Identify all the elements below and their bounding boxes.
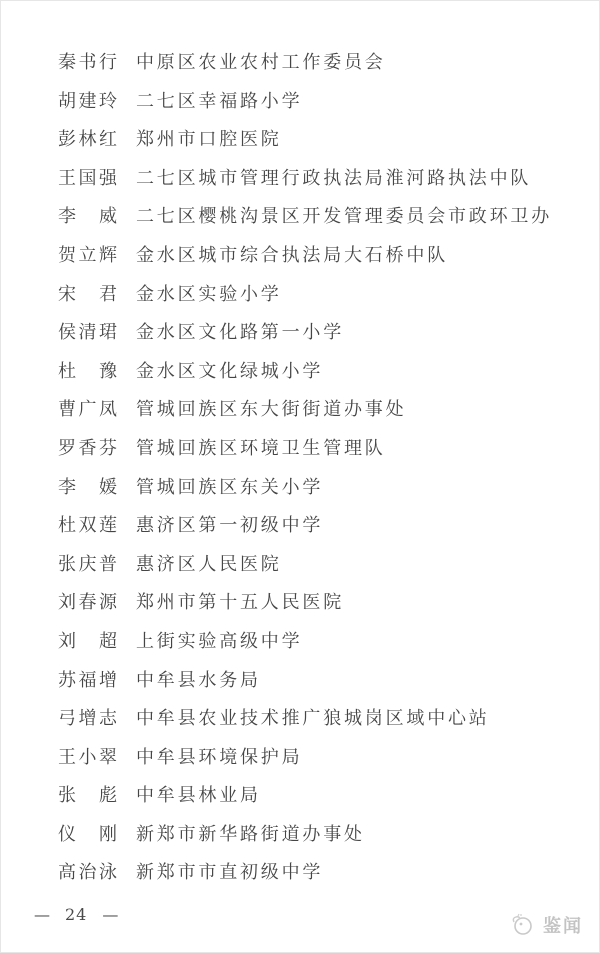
roster-row: 罗香芬管城回族区环境卫生管理队 (58, 434, 589, 473)
person-name: 李 媛 (58, 473, 136, 499)
organization-name: 郑州市第十五人民医院 (136, 588, 344, 614)
organization-name: 惠济区人民医院 (136, 550, 282, 576)
roster-row: 张 彪中牟县林业局 (58, 781, 589, 820)
roster-row: 杜双莲惠济区第一初级中学 (58, 511, 589, 550)
person-name: 刘春源 (58, 588, 136, 614)
organization-name: 中原区农业农村工作委员会 (136, 48, 386, 74)
roster-row: 李 媛管城回族区东关小学 (58, 473, 589, 512)
page-number-left-dash: — (34, 905, 50, 924)
roster-list: 秦书行中原区农业农村工作委员会胡建玲二七区幸福路小学彭林红郑州市口腔医院王国强二… (58, 48, 589, 897)
organization-name: 金水区实验小学 (136, 280, 282, 306)
roster-row: 张庆普惠济区人民医院 (58, 550, 589, 589)
person-name: 杜 豫 (58, 357, 136, 383)
organization-name: 惠济区第一初级中学 (136, 511, 323, 537)
person-name: 秦书行 (58, 48, 136, 74)
organization-name: 中牟县林业局 (136, 781, 261, 807)
document-page: 秦书行中原区农业农村工作委员会胡建玲二七区幸福路小学彭林红郑州市口腔医院王国强二… (0, 0, 600, 953)
page-number-value: 24 (65, 905, 87, 924)
person-name: 贺立辉 (58, 241, 136, 267)
roster-row: 苏福增中牟县水务局 (58, 666, 589, 705)
person-name: 曹广凤 (58, 395, 136, 421)
organization-name: 二七区幸福路小学 (136, 87, 302, 113)
roster-row: 弓增志中牟县农业技术推广狼城岗区域中心站 (58, 704, 589, 743)
person-name: 李 威 (58, 202, 136, 228)
watermark: 鉴闻 (509, 912, 583, 938)
roster-row: 胡建玲二七区幸福路小学 (58, 87, 589, 126)
organization-name: 金水区文化路第一小学 (136, 318, 344, 344)
organization-name: 管城回族区东大街街道办事处 (136, 395, 406, 421)
organization-name: 中牟县农业技术推广狼城岗区域中心站 (136, 704, 490, 730)
roster-row: 杜 豫金水区文化绿城小学 (58, 357, 589, 396)
person-name: 弓增志 (58, 704, 136, 730)
jianwen-logo-icon (509, 912, 535, 938)
roster-row: 刘春源郑州市第十五人民医院 (58, 588, 589, 627)
organization-name: 中牟县水务局 (136, 666, 261, 692)
roster-row: 彭林红郑州市口腔医院 (58, 125, 589, 164)
person-name: 杜双莲 (58, 511, 136, 537)
person-name: 王小翠 (58, 743, 136, 769)
organization-name: 中牟县环境保护局 (136, 743, 302, 769)
roster-row: 王小翠中牟县环境保护局 (58, 743, 589, 782)
roster-row: 宋 君金水区实验小学 (58, 280, 589, 319)
person-name: 苏福增 (58, 666, 136, 692)
roster-row: 刘 超上街实验高级中学 (58, 627, 589, 666)
watermark-text: 鉴闻 (543, 912, 583, 938)
organization-name: 上街实验高级中学 (136, 627, 302, 653)
person-name: 高治泳 (58, 858, 136, 884)
organization-name: 管城回族区东关小学 (136, 473, 323, 499)
roster-row: 李 威二七区樱桃沟景区开发管理委员会市政环卫办 (58, 202, 589, 241)
roster-row: 贺立辉金水区城市综合执法局大石桥中队 (58, 241, 589, 280)
roster-row: 高治泳新郑市市直初级中学 (58, 858, 589, 897)
person-name: 侯清珺 (58, 318, 136, 344)
organization-name: 新郑市市直初级中学 (136, 858, 323, 884)
person-name: 仪 刚 (58, 820, 136, 846)
person-name: 宋 君 (58, 280, 136, 306)
person-name: 王国强 (58, 164, 136, 190)
person-name: 刘 超 (58, 627, 136, 653)
roster-row: 曹广凤管城回族区东大街街道办事处 (58, 395, 589, 434)
person-name: 张 彪 (58, 781, 136, 807)
organization-name: 新郑市新华路街道办事处 (136, 820, 365, 846)
roster-row: 仪 刚新郑市新华路街道办事处 (58, 820, 589, 859)
page-number-right-dash: — (102, 905, 118, 924)
organization-name: 管城回族区环境卫生管理队 (136, 434, 386, 460)
person-name: 胡建玲 (58, 87, 136, 113)
person-name: 罗香芬 (58, 434, 136, 460)
organization-name: 郑州市口腔医院 (136, 125, 282, 151)
page-number: — 24 — (34, 905, 118, 924)
roster-row: 侯清珺金水区文化路第一小学 (58, 318, 589, 357)
organization-name: 金水区城市综合执法局大石桥中队 (136, 241, 448, 267)
organization-name: 金水区文化绿城小学 (136, 357, 323, 383)
person-name: 张庆普 (58, 550, 136, 576)
roster-row: 王国强二七区城市管理行政执法局淮河路执法中队 (58, 164, 589, 203)
person-name: 彭林红 (58, 125, 136, 151)
organization-name: 二七区城市管理行政执法局淮河路执法中队 (136, 164, 531, 190)
roster-row: 秦书行中原区农业农村工作委员会 (58, 48, 589, 87)
organization-name: 二七区樱桃沟景区开发管理委员会市政环卫办 (136, 202, 552, 228)
